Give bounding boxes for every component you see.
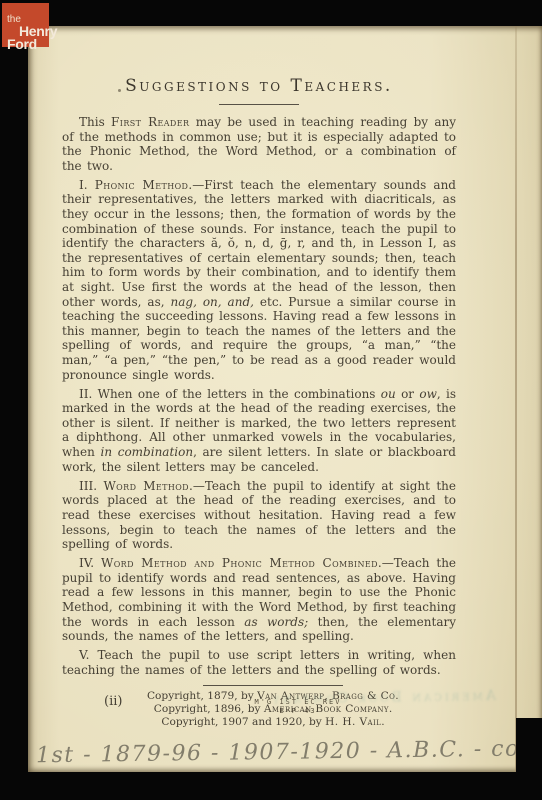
title-rule (219, 104, 299, 105)
text-run: nag, on, and, (171, 295, 254, 309)
paragraph: I. Phonic Method.—First teach the elemen… (62, 178, 456, 382)
copyright-line: Copyright, 1907 and 1920, by H. H. Vail. (76, 716, 470, 729)
text-run: V. Teach the pupil to use script letters… (62, 648, 456, 677)
text-run: .—First teach the elementary sounds and … (62, 178, 456, 309)
text-run: Copyright, 1907 and 1920, by (161, 716, 325, 728)
page-content: Suggestions to Teachers. This First Read… (28, 26, 542, 772)
paragraph: IV. Word Method and Phonic Method Combin… (62, 556, 456, 644)
body-paragraphs: This First Reader may be used in teachin… (62, 115, 456, 677)
stamp-line: E-P 43 (228, 707, 368, 716)
scan-backdrop: Suggestions to Teachers. This First Read… (0, 0, 542, 800)
logo-word-ford: Ford (7, 36, 37, 52)
text-run: II. When one of the letters in the combi… (79, 387, 381, 401)
copyright-rule (203, 685, 343, 686)
text-run: . (381, 716, 384, 728)
paragraph: This First Reader may be used in teachin… (62, 115, 456, 173)
text-run: First Reader (111, 115, 189, 129)
henry-ford-logo: the Henry Ford (2, 3, 74, 59)
book-page: Suggestions to Teachers. This First Read… (28, 26, 542, 772)
text-run: H. H. Vail (325, 716, 381, 728)
text-run: This (79, 115, 111, 129)
text-run: Word Method (103, 479, 189, 493)
page-number: (ii) (104, 694, 122, 709)
text-run: in combination (101, 445, 194, 459)
page-edge (515, 26, 517, 772)
paragraph: III. Word Method.—Teach the pupil to ide… (62, 479, 456, 552)
dust-speck (118, 89, 121, 92)
page-title: Suggestions to Teachers. (62, 76, 456, 96)
text-run: Word Method and Phonic Method Combined (101, 556, 378, 570)
paragraph: V. Teach the pupil to use script letters… (62, 648, 456, 677)
paragraph: II. When one of the letters in the combi… (62, 387, 456, 475)
text-run: as words; (244, 615, 308, 629)
text-run: IV. (79, 556, 101, 570)
text-run: Phonic Method (95, 178, 189, 192)
text-run: ou (381, 387, 396, 401)
text-run: I. (79, 178, 95, 192)
backdrop-corner (516, 718, 542, 772)
text-run: or (396, 387, 420, 401)
text-run: III. (79, 479, 103, 493)
text-run: ow (419, 387, 437, 401)
